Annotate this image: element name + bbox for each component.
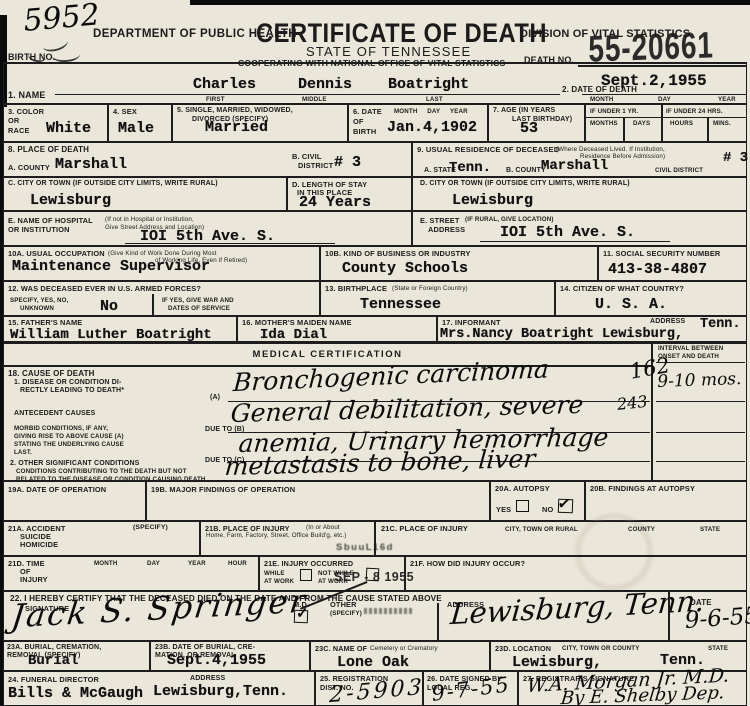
residence-paren-1: (Where Deceased Lived. If Institution, xyxy=(556,146,665,153)
hospital-paren-1: (If not in Hospital or Institution, xyxy=(105,216,194,223)
handwritten-file-number: 5952 xyxy=(22,0,101,39)
findings-autopsy-label: 20B. FINDINGS AT AUTOPSY xyxy=(590,484,695,493)
autopsy-yes-checkbox xyxy=(516,500,529,512)
antecedent-label: ANTECEDENT CAUSES xyxy=(14,410,96,417)
hospital-label-2: OR INSTITUTION xyxy=(8,225,70,234)
occupation-label: 10A. USUAL OCCUPATION xyxy=(8,249,105,258)
name-middle: Dennis xyxy=(298,76,352,93)
unknown-label: UNKNOWN xyxy=(20,305,54,312)
dob-label: 6. DATE xyxy=(353,107,382,116)
morbid-label-2: GIVING RISE TO ABOVE CAUSE (A) xyxy=(14,433,124,440)
industry-label: 10B. KIND OF BUSINESS OR INDUSTRY xyxy=(325,249,471,258)
under-24hrs-divider xyxy=(663,117,746,118)
first-col-label: FIRST xyxy=(206,96,225,103)
place-injury-loc-label: 21C. PLACE OF INJURY xyxy=(381,524,468,533)
dod-underline xyxy=(582,94,746,95)
race-value: White xyxy=(46,120,91,137)
age-label: 7. AGE (IN YEARS xyxy=(493,107,555,114)
if-yes-war-label: IF YES, GIVE WAR AND xyxy=(162,297,234,304)
burial-location-city-col: CITY, TOWN OR COUNTY xyxy=(562,645,639,652)
occupation-paren-1: (Give Kind of Work Done During Most xyxy=(108,250,217,257)
dob-label-3: BIRTH xyxy=(353,127,376,136)
cause-b-code: 243 xyxy=(616,392,648,414)
place-of-death-label: 8. PLACE OF DEATH xyxy=(8,145,89,154)
how-injury-label: 21F. HOW DID INJURY OCCUR? xyxy=(410,559,525,568)
mother-value: Ida Dial xyxy=(260,327,327,343)
interval-a-line xyxy=(656,401,745,402)
disease-label-1: 1. DISEASE OR CONDITION DI- xyxy=(14,379,122,386)
street-underline xyxy=(480,241,670,242)
disease-label-2: RECTLY LEADING TO DEATH* xyxy=(20,387,124,394)
autopsy-yes-label: YES xyxy=(496,505,511,514)
marital-label: 5. SINGLE, MARRIED, WIDOWED, xyxy=(177,107,293,114)
line-a-tag: (A) xyxy=(210,394,220,401)
burial-date-label: 23B. DATE OF BURIAL, CRE- xyxy=(155,644,255,651)
specify-label: SPECIFY, YES, NO, xyxy=(10,297,68,304)
civil-district-label-2: DISTRICT xyxy=(298,161,333,170)
race-label-3: RACE xyxy=(8,126,30,135)
name-first: Charles xyxy=(193,76,256,93)
under-1yr-label: IF UNDER 1 YR. xyxy=(590,108,638,115)
res-city-label: D. CITY OR TOWN (IF OUTSIDE CITY LIMITS,… xyxy=(420,180,630,187)
length-stay-value: 24 Years xyxy=(299,194,371,211)
county-col-label: COUNTY xyxy=(628,526,655,533)
funeral-director-value: Bills & McGaugh xyxy=(8,685,143,702)
address-divider xyxy=(437,603,439,641)
citizen-label: 14. CITIZEN OF WHAT COUNTRY? xyxy=(560,284,684,293)
cert-date-value: 9-6-55 xyxy=(684,603,750,634)
interval-label-1: INTERVAL BETWEEN xyxy=(658,345,723,352)
race-label-2: OR xyxy=(8,116,19,125)
industry-value: County Schools xyxy=(342,260,468,277)
race-label: 3. COLOR xyxy=(8,107,44,116)
ti-hour-label: HOUR xyxy=(228,560,247,567)
burial-type-label: 23A. BURIAL, CREMATION, xyxy=(7,644,101,651)
dob-col-labels: MONTH DAY YEAR xyxy=(394,108,468,115)
street-address-label: ADDRESS xyxy=(428,225,465,234)
name-last: Boatright xyxy=(388,76,469,93)
interval-b-line xyxy=(656,432,745,433)
mins-label: MINS. xyxy=(713,120,731,127)
autopsy-no-label: NO xyxy=(542,505,553,514)
state-subtitle: STATE OF TENNESSEE xyxy=(306,44,471,59)
birthplace-value: Tennessee xyxy=(360,296,441,313)
res-county-value: Marshall xyxy=(541,158,608,174)
res-state-value: Tenn. xyxy=(449,160,491,176)
res-county-label: B. COUNTY xyxy=(506,167,546,174)
civil-district-value: # 3 xyxy=(334,154,361,171)
other-conditions-label-1: 2. OTHER SIGNIFICANT CONDITIONS xyxy=(10,460,140,467)
while-label: WHILE xyxy=(264,570,285,577)
informant-address-label: ADDRESS xyxy=(650,318,685,325)
interval-c-line xyxy=(656,461,745,462)
autopsy-no-checkmark: ✓ xyxy=(556,493,572,514)
father-label: 15. FATHER'S NAME xyxy=(8,318,82,327)
birthplace-label: 13. BIRTHPLACE xyxy=(325,284,387,293)
days-label: DAYS xyxy=(633,120,650,127)
received-date-stamp: SEP - 8 1955 xyxy=(334,570,414,584)
street-label: E. STREET xyxy=(420,216,460,225)
name-underline xyxy=(55,94,560,95)
mother-label: 16. MOTHER'S MAIDEN NAME xyxy=(242,318,352,327)
burial-type-value: Burial xyxy=(28,653,78,669)
under-24hrs-split xyxy=(707,117,709,142)
pod-county-value: Marshall xyxy=(55,156,127,173)
other-conditions-label-2: CONDITIONS CONTRIBUTING TO THE DEATH BUT… xyxy=(16,468,187,475)
months-label: MONTHS xyxy=(590,120,618,127)
citizen-value: U. S. A. xyxy=(595,296,667,313)
dates-service-label: DATES OF SERVICE xyxy=(168,305,230,312)
armed-forces-split xyxy=(152,294,154,316)
ti-day-label: DAY xyxy=(147,560,160,567)
medical-certification-title: MEDICAL CERTIFICATION xyxy=(3,349,652,360)
morbid-label-3: STATING THE UNDERLYING CAUSE xyxy=(14,441,124,448)
date-divider xyxy=(668,591,670,641)
fd-address-value: Lewisburg,Tenn. xyxy=(153,683,288,700)
accident-specify-label: (SPECIFY) xyxy=(133,524,168,531)
civil-district-label: B. CIVIL xyxy=(292,152,322,161)
city-town-rural-label: CITY, TOWN OR RURAL xyxy=(505,526,578,533)
name-label: 1. NAME xyxy=(8,90,46,100)
street-paren: (IF RURAL, GIVE LOCATION) xyxy=(465,216,554,223)
injury-occurred-label: 21E. INJURY OCCURRED xyxy=(264,559,353,568)
place-injury-paren-2: Home, Farm, Factory, Street, Office Buil… xyxy=(206,532,347,539)
death-certificate: 5952 BIRTH NO. DEPARTMENT OF PUBLIC HEAL… xyxy=(0,0,750,706)
informant-value: Mrs.Nancy Boatright Lewisburg, xyxy=(440,327,683,342)
cemetery-label-2: Cemetery or Crematory xyxy=(370,645,438,652)
res-civil-district-label: CIVIL DISTRICT xyxy=(655,167,703,174)
last-col-label: LAST xyxy=(426,96,443,103)
cemetery-value: Lone Oak xyxy=(337,654,409,671)
typed-smudge xyxy=(364,608,412,614)
burial-city-value: Lewisburg, xyxy=(512,654,602,671)
dod-month-label: MONTH xyxy=(590,96,613,103)
dob-label-2: OF xyxy=(353,117,364,126)
middle-col-label: MIDDLE xyxy=(302,96,327,103)
hours-label: HOURS xyxy=(670,120,693,127)
date-operation-label: 19A. DATE OF OPERATION xyxy=(8,485,106,494)
funeral-director-label: 24. FUNERAL DIRECTOR xyxy=(8,675,99,684)
street-value: IOI 5th Ave. S. xyxy=(500,224,635,241)
sex-value: Male xyxy=(118,120,154,137)
father-value: William Luther Boatright xyxy=(10,327,212,343)
pod-county-label: A. COUNTY xyxy=(8,163,50,172)
dob-value: Jan.4,1902 xyxy=(387,119,477,136)
ti-year-label: YEAR xyxy=(188,560,206,567)
place-injury-paren-1: (In or About xyxy=(306,524,340,531)
sex-label: 4. SEX xyxy=(113,107,137,116)
findings-operation-label: 19B. MAJOR FINDINGS OF OPERATION xyxy=(151,485,295,494)
cemetery-label: 23C. NAME OF xyxy=(315,644,367,653)
informant-state-value: Tenn. xyxy=(700,317,741,332)
hospital-label: E. NAME OF HOSPITAL xyxy=(8,216,93,225)
residence-label: 9. USUAL RESIDENCE OF DECEASED xyxy=(417,145,559,154)
burial-location-label: 23D. LOCATION xyxy=(495,644,551,653)
res-city-value: Lewisburg xyxy=(452,192,533,209)
while-at-work-checkbox xyxy=(300,569,312,581)
autopsy-label: 20A. AUTOPSY xyxy=(495,484,550,493)
birthplace-paren: (State or Foreign Country) xyxy=(392,285,468,292)
interval-a-value: 9-10 mos. xyxy=(657,369,742,392)
pod-city-label: C. CITY OR TOWN (IF OUTSIDE CITY LIMITS,… xyxy=(8,180,218,187)
pod-city-value: Lewisburg xyxy=(30,192,111,209)
armed-forces-label: 12. WAS DECEASED EVER IN U.S. ARMED FORC… xyxy=(8,284,201,293)
ssn-label: 11. SOCIAL SECURITY NUMBER xyxy=(603,249,720,258)
morbid-label-4: LAST. xyxy=(14,449,32,456)
hospital-underline xyxy=(125,243,335,244)
morbid-label-1: MORBID CONDITIONS, IF ANY, xyxy=(14,425,108,432)
dod-day-label: DAY xyxy=(658,96,671,103)
pen-scribble xyxy=(52,47,81,63)
age-value: 53 xyxy=(520,120,538,137)
ssn-value: 413-38-4807 xyxy=(608,261,707,278)
armed-forces-value: No xyxy=(100,298,118,315)
birth-no-label: BIRTH NO. xyxy=(8,52,55,62)
cause-of-death-label: 18. CAUSE OF DEATH xyxy=(8,369,95,378)
scan-edge-top xyxy=(190,0,750,5)
state-col-label: STATE xyxy=(700,526,720,533)
informant-label: 17. INFORMANT xyxy=(442,318,501,327)
homicide-label: HOMICIDE xyxy=(20,540,58,549)
ti-month-label: MONTH xyxy=(94,560,117,567)
burial-location-state-col: STATE xyxy=(708,645,728,652)
time-injury-label-3: INJURY xyxy=(20,575,48,584)
occupation-value: Maintenance Supervisor xyxy=(12,258,210,275)
under-1yr-split xyxy=(623,117,625,142)
other-specify-label: (SPECIFY) xyxy=(330,610,362,617)
burial-date-value: Sept.4,1955 xyxy=(167,652,266,669)
date-of-death-value: Sept.2,1955 xyxy=(601,72,707,90)
stamp-fragment: SbuuL16d xyxy=(336,542,394,553)
other-label: OTHER xyxy=(330,600,357,609)
fd-address-label: ADDRESS xyxy=(190,675,225,682)
dod-year-label: YEAR xyxy=(718,96,736,103)
marital-value: Married xyxy=(205,119,268,136)
under-24hrs-label: IF UNDER 24 HRS. xyxy=(666,108,723,115)
res-civil-district-value: # 3 xyxy=(723,150,748,166)
